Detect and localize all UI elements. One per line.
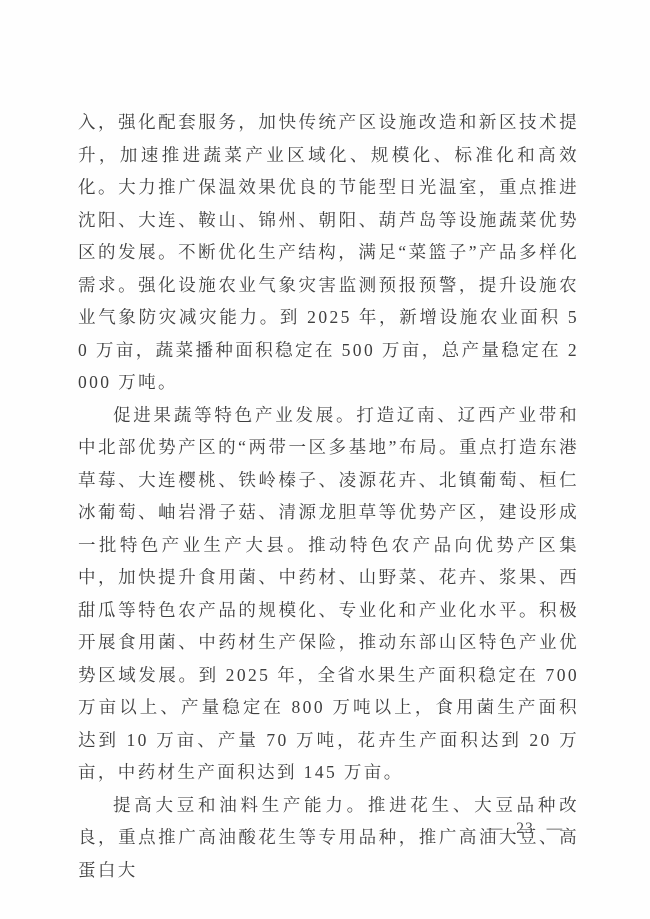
page-number: — 23 —	[470, 820, 580, 838]
document-page: 入，强化配套服务，加快传统产区设施改造和新区技术提升，加速推进蔬菜产业区域化、规…	[0, 0, 650, 919]
paragraph: 入，强化配套服务，加快传统产区设施改造和新区技术提升，加速推进蔬菜产业区域化、规…	[78, 106, 579, 399]
paragraph: 促进果蔬等特色产业发展。打造辽南、辽西产业带和中北部优势产区的“两带一区多基地”…	[78, 399, 579, 789]
text-block: 入，强化配套服务，加快传统产区设施改造和新区技术提升，加速推进蔬菜产业区域化、规…	[78, 106, 579, 886]
